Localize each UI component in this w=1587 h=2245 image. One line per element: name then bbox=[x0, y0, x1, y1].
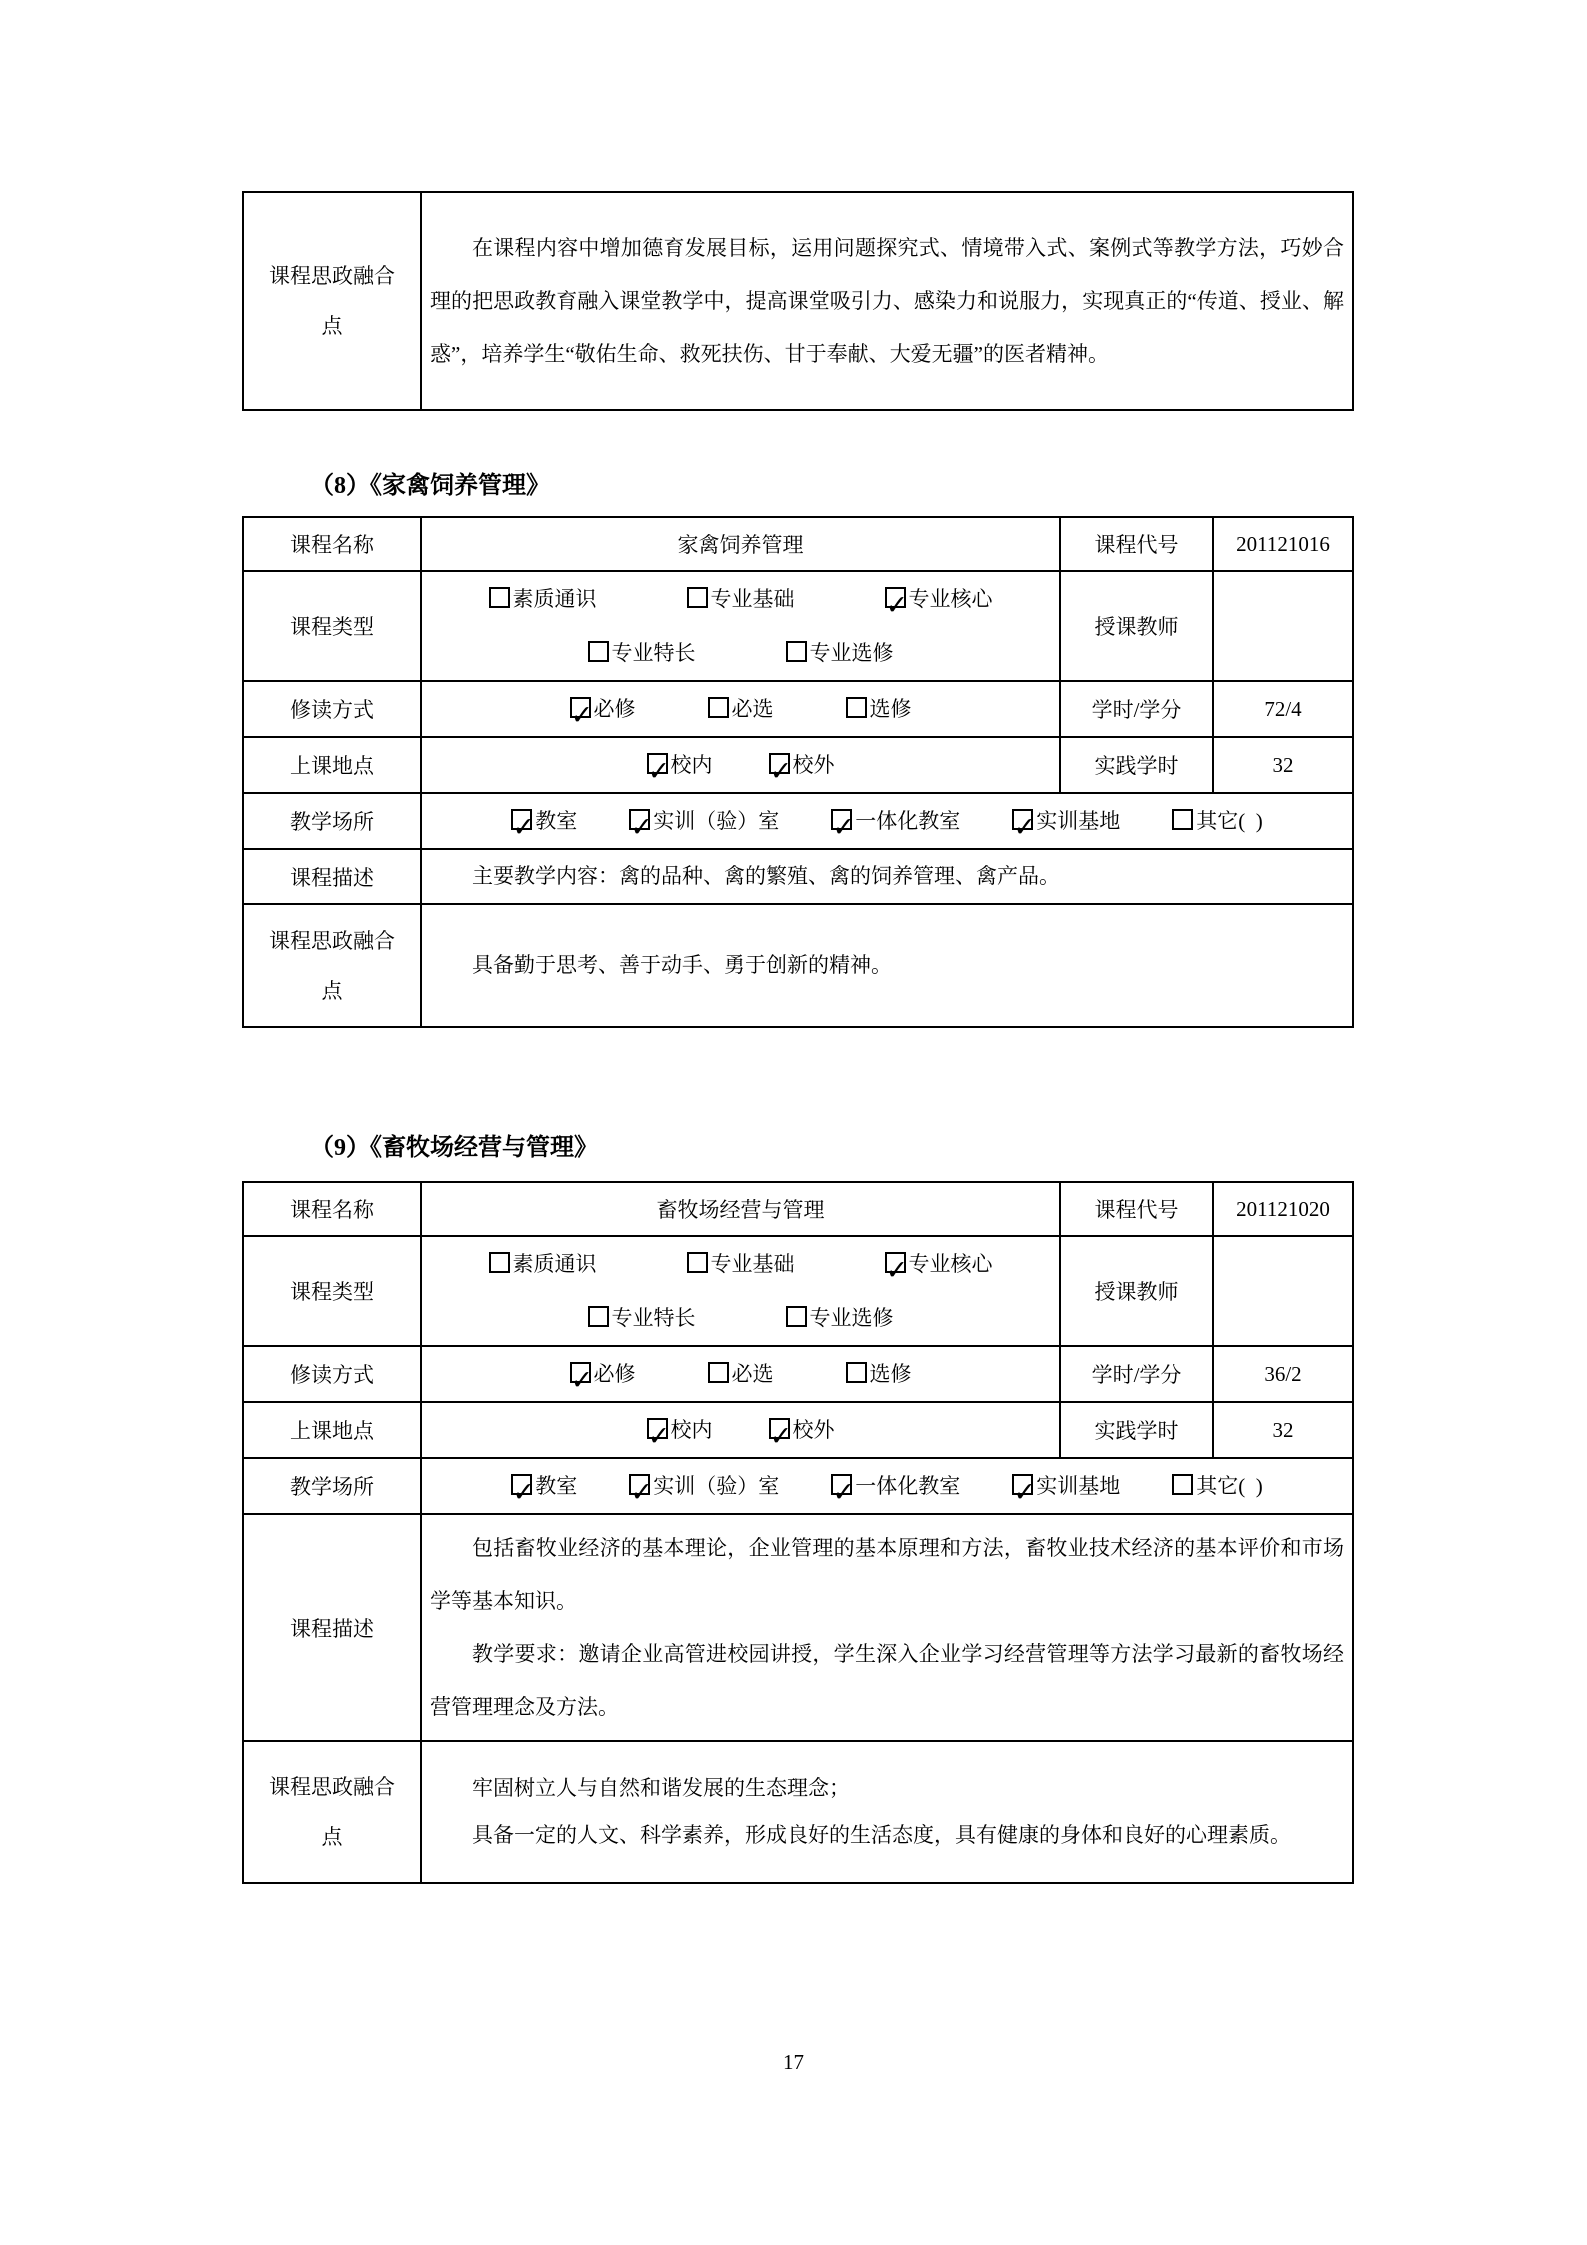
checkbox-unchecked-icon bbox=[687, 587, 708, 608]
text-line: 教学要求：邀请企业高管进校园讲授，学生深入企业学习经营管理等方法学习最新的畜牧场… bbox=[430, 1628, 1344, 1734]
checkbox-checked-icon bbox=[885, 1252, 906, 1273]
course-type-line1: 素质通识专业基础专业核心 bbox=[426, 1237, 1055, 1291]
ideology-content: 具备勤于思考、善于动手、勇于创新的精神。 bbox=[421, 904, 1353, 1027]
section-9-heading: （9）《畜牧场经营与管理》 bbox=[310, 1130, 598, 1166]
checkbox-label: 专业特长 bbox=[612, 1306, 696, 1330]
ideology-label: 课程思政融合点 bbox=[243, 1741, 421, 1883]
table-row: 课程名称 畜牧场经营与管理 课程代号 201121020 bbox=[243, 1182, 1353, 1236]
checkbox-option: 校内 bbox=[647, 738, 713, 792]
checkbox-label: 专业选修 bbox=[810, 1306, 894, 1330]
table-row: 修读方式 必修必选选修 学时/学分 72/4 bbox=[243, 681, 1353, 737]
text-line: 点 bbox=[248, 1812, 416, 1862]
location-label: 上课地点 bbox=[243, 737, 421, 793]
checkbox-option: 必选 bbox=[708, 1347, 774, 1401]
table-row: 上课地点 校内校外 实践学时 32 bbox=[243, 1402, 1353, 1458]
practice-hours-value: 32 bbox=[1213, 737, 1353, 793]
checkbox-option: 必修 bbox=[570, 682, 636, 736]
teacher-value bbox=[1213, 571, 1353, 681]
location-options: 校内校外 bbox=[421, 737, 1060, 793]
course-name-label: 课程名称 bbox=[243, 1182, 421, 1236]
table-row: 课程类型 素质通识专业基础专业核心 专业特长专业选修 授课教师 bbox=[243, 1236, 1353, 1346]
checkbox-checked-icon bbox=[511, 1474, 532, 1495]
description-content: 包括畜牧业经济的基本理论，企业管理的基本原理和方法，畜牧业技术经济的基本评价和市… bbox=[421, 1514, 1353, 1741]
checkbox-checked-icon bbox=[769, 1418, 790, 1439]
checkbox-label: 必选 bbox=[732, 697, 774, 721]
course-code-label: 课程代号 bbox=[1060, 517, 1213, 571]
text-line: 课程思政融合 bbox=[248, 1762, 416, 1812]
ideology-content: 在课程内容中增加德育发展目标，运用问题探究式、情境带入式、案例式等教学方法，巧妙… bbox=[421, 192, 1353, 410]
location-options: 校内校外 bbox=[421, 1402, 1060, 1458]
table-row: 修读方式 必修必选选修 学时/学分 36/2 bbox=[243, 1346, 1353, 1402]
course-type-label: 课程类型 bbox=[243, 1236, 421, 1346]
checkbox-option: 选修 bbox=[846, 682, 912, 736]
course-table-9: 课程名称 畜牧场经营与管理 课程代号 201121020 课程类型 素质通识专业… bbox=[242, 1181, 1354, 1884]
checkbox-label: 必修 bbox=[594, 697, 636, 721]
checkbox-option: 其它( ) bbox=[1172, 1459, 1263, 1513]
checkbox-unchecked-icon bbox=[1172, 809, 1193, 830]
checkbox-option: 专业特长 bbox=[588, 1291, 696, 1345]
hours-value: 72/4 bbox=[1213, 681, 1353, 737]
text-line: 包括畜牧业经济的基本理论，企业管理的基本原理和方法，畜牧业技术经济的基本评价和市… bbox=[430, 1522, 1344, 1628]
paragraph: 在课程内容中增加德育发展目标，运用问题探究式、情境带入式、案例式等教学方法，巧妙… bbox=[430, 222, 1344, 381]
checkbox-checked-icon bbox=[647, 753, 668, 774]
checkbox-option: 实训（验）室 bbox=[629, 1459, 779, 1513]
checkbox-label: 专业特长 bbox=[612, 641, 696, 665]
checkbox-label: 其它( ) bbox=[1196, 809, 1263, 833]
checkbox-label: 校外 bbox=[793, 753, 835, 777]
checkbox-option: 实训（验）室 bbox=[629, 794, 779, 848]
practice-hours-label: 实践学时 bbox=[1060, 1402, 1213, 1458]
checkbox-unchecked-icon bbox=[588, 1306, 609, 1327]
checkbox-label: 一体化教室 bbox=[855, 1474, 960, 1498]
checkbox-label: 素质通识 bbox=[513, 1252, 597, 1276]
checkbox-unchecked-icon bbox=[489, 1252, 510, 1273]
checkbox-checked-icon bbox=[511, 809, 532, 830]
checkbox-option: 专业核心 bbox=[885, 1237, 993, 1291]
checkbox-label: 必修 bbox=[594, 1362, 636, 1386]
checkbox-option: 实训基地 bbox=[1012, 1459, 1120, 1513]
teacher-label: 授课教师 bbox=[1060, 1236, 1213, 1346]
hours-label: 学时/学分 bbox=[1060, 1346, 1213, 1402]
text-line: 具备勤于思考、善于动手、勇于创新的精神。 bbox=[430, 939, 1344, 992]
ideology-label: 课程思政融合点 bbox=[243, 904, 421, 1027]
study-mode-options: 必修必选选修 bbox=[421, 681, 1060, 737]
checkbox-unchecked-icon bbox=[846, 1362, 867, 1383]
checkbox-option: 选修 bbox=[846, 1347, 912, 1401]
course-code-label: 课程代号 bbox=[1060, 1182, 1213, 1236]
checkbox-label: 素质通识 bbox=[513, 587, 597, 611]
table-row: 教学场所 教室实训（验）室一体化教室实训基地其它( ) bbox=[243, 793, 1353, 849]
course-code-value: 201121016 bbox=[1213, 517, 1353, 571]
text-line: 主要教学内容：禽的品种、禽的繁殖、禽的饲养管理、禽产品。 bbox=[430, 850, 1344, 903]
checkbox-checked-icon bbox=[769, 753, 790, 774]
document-page: 课程思政融合点 在课程内容中增加德育发展目标，运用问题探究式、情境带入式、案例式… bbox=[0, 0, 1587, 2245]
checkbox-option: 一体化教室 bbox=[831, 1459, 960, 1513]
table-row: 课程描述 包括畜牧业经济的基本理论，企业管理的基本原理和方法，畜牧业技术经济的基… bbox=[243, 1514, 1353, 1741]
course-name-label: 课程名称 bbox=[243, 517, 421, 571]
continuation-table: 课程思政融合点 在课程内容中增加德育发展目标，运用问题探究式、情境带入式、案例式… bbox=[242, 191, 1354, 411]
checkbox-checked-icon bbox=[831, 1474, 852, 1495]
text-line: 具备一定的人文、科学素养，形成良好的生活态度，具有健康的身体和良好的心理素质。 bbox=[430, 1812, 1344, 1859]
checkbox-unchecked-icon bbox=[786, 1306, 807, 1327]
text-line: 点 bbox=[248, 966, 416, 1016]
checkbox-label: 一体化教室 bbox=[855, 809, 960, 833]
checkbox-option: 专业选修 bbox=[786, 1291, 894, 1345]
checkbox-unchecked-icon bbox=[846, 697, 867, 718]
checkbox-option: 一体化教室 bbox=[831, 794, 960, 848]
checkbox-option: 专业基础 bbox=[687, 1237, 795, 1291]
checkbox-label: 其它( ) bbox=[1196, 1474, 1263, 1498]
course-name-value: 家禽饲养管理 bbox=[421, 517, 1060, 571]
text-line: 课程思政融合 bbox=[248, 251, 416, 301]
checkbox-label: 专业核心 bbox=[909, 587, 993, 611]
checkbox-checked-icon bbox=[629, 1474, 650, 1495]
table-row: 上课地点 校内校外 实践学时 32 bbox=[243, 737, 1353, 793]
checkbox-option: 必选 bbox=[708, 682, 774, 736]
page-number: 17 bbox=[0, 2050, 1587, 2075]
checkbox-option: 专业特长 bbox=[588, 626, 696, 680]
checkbox-checked-icon bbox=[831, 809, 852, 830]
checkbox-unchecked-icon bbox=[708, 697, 729, 718]
checkbox-label: 校外 bbox=[793, 1418, 835, 1442]
location-label: 上课地点 bbox=[243, 1402, 421, 1458]
teacher-value bbox=[1213, 1236, 1353, 1346]
checkbox-checked-icon bbox=[885, 587, 906, 608]
checkbox-option: 实训基地 bbox=[1012, 794, 1120, 848]
checkbox-label: 实训基地 bbox=[1036, 809, 1120, 833]
checkbox-label: 校内 bbox=[671, 1418, 713, 1442]
practice-hours-value: 32 bbox=[1213, 1402, 1353, 1458]
checkbox-option: 校外 bbox=[769, 1403, 835, 1457]
text-line: 牢固树立人与自然和谐发展的生态理念； bbox=[430, 1765, 1344, 1812]
table-row: 课程类型 素质通识专业基础专业核心 专业特长专业选修 授课教师 bbox=[243, 571, 1353, 681]
hours-value: 36/2 bbox=[1213, 1346, 1353, 1402]
venue-label: 教学场所 bbox=[243, 1458, 421, 1514]
venue-options: 教室实训（验）室一体化教室实训基地其它( ) bbox=[421, 793, 1353, 849]
checkbox-label: 实训（验）室 bbox=[653, 1474, 779, 1498]
study-mode-label: 修读方式 bbox=[243, 681, 421, 737]
checkbox-unchecked-icon bbox=[786, 641, 807, 662]
practice-hours-label: 实践学时 bbox=[1060, 737, 1213, 793]
table-row: 课程名称 家禽饲养管理 课程代号 201121016 bbox=[243, 517, 1353, 571]
checkbox-option: 专业核心 bbox=[885, 572, 993, 626]
checkbox-checked-icon bbox=[647, 1418, 668, 1439]
checkbox-label: 专业基础 bbox=[711, 1252, 795, 1276]
course-type-options: 素质通识专业基础专业核心 专业特长专业选修 bbox=[421, 1236, 1060, 1346]
hours-label: 学时/学分 bbox=[1060, 681, 1213, 737]
description-label: 课程描述 bbox=[243, 849, 421, 904]
venue-label: 教学场所 bbox=[243, 793, 421, 849]
checkbox-option: 校外 bbox=[769, 738, 835, 792]
study-mode-label: 修读方式 bbox=[243, 1346, 421, 1402]
checkbox-label: 实训（验）室 bbox=[653, 809, 779, 833]
checkbox-option: 其它( ) bbox=[1172, 794, 1263, 848]
text-line: 点 bbox=[248, 301, 416, 351]
checkbox-option: 校内 bbox=[647, 1403, 713, 1457]
checkbox-checked-icon bbox=[1012, 1474, 1033, 1495]
checkbox-checked-icon bbox=[629, 809, 650, 830]
course-type-label: 课程类型 bbox=[243, 571, 421, 681]
checkbox-unchecked-icon bbox=[708, 1362, 729, 1383]
checkbox-unchecked-icon bbox=[588, 641, 609, 662]
checkbox-label: 校内 bbox=[671, 753, 713, 777]
checkbox-label: 教室 bbox=[535, 1474, 577, 1498]
checkbox-option: 专业选修 bbox=[786, 626, 894, 680]
description-content: 主要教学内容：禽的品种、禽的繁殖、禽的饲养管理、禽产品。 bbox=[421, 849, 1353, 904]
description-label: 课程描述 bbox=[243, 1514, 421, 1741]
checkbox-label: 教室 bbox=[535, 809, 577, 833]
checkbox-unchecked-icon bbox=[1172, 1474, 1193, 1495]
course-name-value: 畜牧场经营与管理 bbox=[421, 1182, 1060, 1236]
checkbox-label: 选修 bbox=[870, 697, 912, 721]
checkbox-option: 素质通识 bbox=[489, 1237, 597, 1291]
course-type-line2: 专业特长专业选修 bbox=[426, 1291, 1055, 1345]
checkbox-option: 专业基础 bbox=[687, 572, 795, 626]
course-type-line2: 专业特长专业选修 bbox=[426, 626, 1055, 680]
checkbox-option: 必修 bbox=[570, 1347, 636, 1401]
table-row: 教学场所 教室实训（验）室一体化教室实训基地其它( ) bbox=[243, 1458, 1353, 1514]
checkbox-option: 素质通识 bbox=[489, 572, 597, 626]
checkbox-label: 专业核心 bbox=[909, 1252, 993, 1276]
teacher-label: 授课教师 bbox=[1060, 571, 1213, 681]
ideology-label: 课程思政融合点 bbox=[243, 192, 421, 410]
checkbox-checked-icon bbox=[570, 1362, 591, 1383]
checkbox-checked-icon bbox=[570, 697, 591, 718]
course-table-8: 课程名称 家禽饲养管理 课程代号 201121016 课程类型 素质通识专业基础… bbox=[242, 516, 1354, 1028]
checkbox-label: 专业选修 bbox=[810, 641, 894, 665]
study-mode-options: 必修必选选修 bbox=[421, 1346, 1060, 1402]
course-type-options: 素质通识专业基础专业核心 专业特长专业选修 bbox=[421, 571, 1060, 681]
table-row: 课程思政融合点 在课程内容中增加德育发展目标，运用问题探究式、情境带入式、案例式… bbox=[243, 192, 1353, 410]
table-row: 课程思政融合点 具备勤于思考、善于动手、勇于创新的精神。 bbox=[243, 904, 1353, 1027]
checkbox-label: 专业基础 bbox=[711, 587, 795, 611]
checkbox-label: 选修 bbox=[870, 1362, 912, 1386]
checkbox-unchecked-icon bbox=[687, 1252, 708, 1273]
table-row: 课程思政融合点 牢固树立人与自然和谐发展的生态理念；具备一定的人文、科学素养，形… bbox=[243, 1741, 1353, 1883]
table-row: 课程描述 主要教学内容：禽的品种、禽的繁殖、禽的饲养管理、禽产品。 bbox=[243, 849, 1353, 904]
section-8-heading: （8）《家禽饲养管理》 bbox=[310, 468, 550, 504]
ideology-content: 牢固树立人与自然和谐发展的生态理念；具备一定的人文、科学素养，形成良好的生活态度… bbox=[421, 1741, 1353, 1883]
checkbox-option: 教室 bbox=[511, 794, 577, 848]
course-type-line1: 素质通识专业基础专业核心 bbox=[426, 572, 1055, 626]
checkbox-checked-icon bbox=[1012, 809, 1033, 830]
course-code-value: 201121020 bbox=[1213, 1182, 1353, 1236]
checkbox-unchecked-icon bbox=[489, 587, 510, 608]
text-line: 课程思政融合 bbox=[248, 916, 416, 966]
checkbox-label: 实训基地 bbox=[1036, 1474, 1120, 1498]
venue-options: 教室实训（验）室一体化教室实训基地其它( ) bbox=[421, 1458, 1353, 1514]
checkbox-option: 教室 bbox=[511, 1459, 577, 1513]
checkbox-label: 必选 bbox=[732, 1362, 774, 1386]
